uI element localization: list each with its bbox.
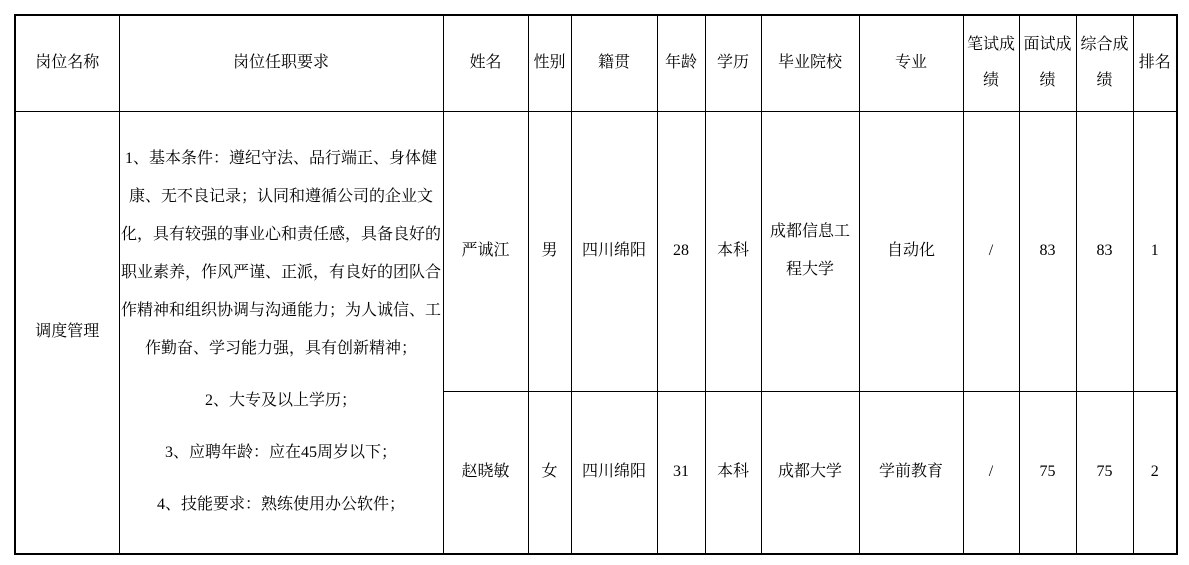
header-written-score: 笔试成绩 <box>963 15 1019 111</box>
table-header-row: 岗位名称 岗位任职要求 姓名 性别 籍贯 年龄 学历 毕业院校 专业 笔试成绩 … <box>15 15 1177 111</box>
header-name: 姓名 <box>443 15 528 111</box>
gender-cell: 女 <box>528 391 571 554</box>
header-native-place: 籍贯 <box>571 15 657 111</box>
requirement-item: 4、技能要求：熟练使用办公软件； <box>121 486 442 524</box>
school-cell: 成都信息工程大学 <box>761 111 859 391</box>
age-cell: 28 <box>657 111 705 391</box>
major-cell: 学前教育 <box>859 391 963 554</box>
written-score-cell: / <box>963 111 1019 391</box>
header-education: 学历 <box>705 15 761 111</box>
header-composite-score: 综合成绩 <box>1076 15 1133 111</box>
native-place-cell: 四川绵阳 <box>571 391 657 554</box>
rank-cell: 1 <box>1133 111 1177 391</box>
header-age: 年龄 <box>657 15 705 111</box>
written-score-cell: / <box>963 391 1019 554</box>
header-position: 岗位名称 <box>15 15 119 111</box>
native-place-cell: 四川绵阳 <box>571 111 657 391</box>
requirements-cell: 1、基本条件：遵纪守法、品行端正、身体健康、无不良记录；认同和遵循公司的企业文化… <box>119 111 443 554</box>
candidate-row: 调度管理 1、基本条件：遵纪守法、品行端正、身体健康、无不良记录；认同和遵循公司… <box>15 111 1177 391</box>
rank-cell: 2 <box>1133 391 1177 554</box>
interview-score-cell: 75 <box>1019 391 1076 554</box>
composite-score-cell: 83 <box>1076 111 1133 391</box>
education-cell: 本科 <box>705 391 761 554</box>
header-rank: 排名 <box>1133 15 1177 111</box>
header-gender: 性别 <box>528 15 571 111</box>
requirement-item: 3、应聘年龄：应在45周岁以下； <box>121 434 442 472</box>
name-cell: 严诚江 <box>443 111 528 391</box>
school-cell: 成都大学 <box>761 391 859 554</box>
header-major: 专业 <box>859 15 963 111</box>
composite-score-cell: 75 <box>1076 391 1133 554</box>
document-page: 岗位名称 岗位任职要求 姓名 性别 籍贯 年龄 学历 毕业院校 专业 笔试成绩 … <box>0 0 1189 565</box>
name-cell: 赵晓敏 <box>443 391 528 554</box>
education-cell: 本科 <box>705 111 761 391</box>
gender-cell: 男 <box>528 111 571 391</box>
interview-score-cell: 83 <box>1019 111 1076 391</box>
recruitment-table: 岗位名称 岗位任职要求 姓名 性别 籍贯 年龄 学历 毕业院校 专业 笔试成绩 … <box>14 14 1178 555</box>
major-cell: 自动化 <box>859 111 963 391</box>
requirement-item: 2、大专及以上学历； <box>121 382 442 420</box>
header-school: 毕业院校 <box>761 15 859 111</box>
age-cell: 31 <box>657 391 705 554</box>
requirement-item: 1、基本条件：遵纪守法、品行端正、身体健康、无不良记录；认同和遵循公司的企业文化… <box>121 140 442 368</box>
header-interview-score: 面试成绩 <box>1019 15 1076 111</box>
header-requirements: 岗位任职要求 <box>119 15 443 111</box>
position-cell: 调度管理 <box>15 111 119 554</box>
